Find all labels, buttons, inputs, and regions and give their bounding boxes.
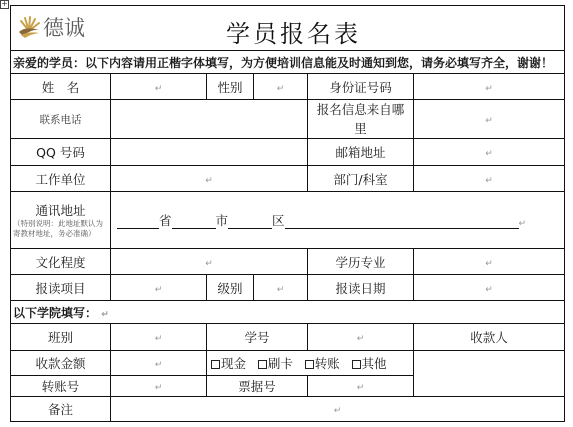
form-header: 德诚 学员报名表 (11, 6, 565, 51)
checkbox-icon[interactable] (211, 360, 220, 369)
source-label: 报名信息来自哪里 (308, 100, 414, 139)
gender-field[interactable]: ↵ (254, 74, 308, 100)
city-label: 市 (216, 211, 229, 229)
table-move-handle[interactable]: + (0, 0, 9, 9)
id-number-field[interactable]: ↵ (414, 74, 565, 100)
school-section-heading: 以下学院填写： ↵ (11, 301, 565, 324)
gender-label: 性别 (207, 74, 254, 100)
checkbox-icon[interactable] (305, 360, 314, 369)
payment-method-options: 现金 刷卡 转账 其他 (207, 351, 414, 376)
enroll-date-field[interactable]: ↵ (414, 275, 565, 301)
address-label: 通讯地址 (11, 201, 110, 219)
email-label: 邮箱地址 (308, 139, 414, 166)
department-label: 部门/科室 (308, 166, 414, 192)
student-no-field[interactable]: ↵ (308, 324, 414, 351)
province-blank[interactable] (117, 215, 159, 229)
id-number-label: 身份证号码 (308, 74, 414, 100)
address-field[interactable]: 省 市 区 ↵ (111, 192, 565, 249)
amount-field[interactable]: ↵ (111, 351, 207, 376)
qq-field[interactable] (111, 139, 308, 166)
registration-table: 德诚 学员报名表 亲爱的学员：以下内容请用正楷字体填写，为方便培训信息能及时通知… (10, 5, 565, 422)
instructions-notice: 亲爱的学员：以下内容请用正楷字体填写，为方便培训信息能及时通知到您，请务必填写齐… (11, 51, 565, 74)
major-field[interactable]: ↵ (414, 249, 565, 275)
amount-label: 收款金额 (11, 351, 111, 376)
district-label: 区 (272, 211, 285, 229)
level-label: 级别 (207, 275, 254, 301)
department-field[interactable]: ↵ (414, 166, 565, 192)
address-note: （特别说明：此地址默认为寄教材地址，务必准确） (11, 219, 110, 239)
registration-form: 德诚 学员报名表 亲爱的学员：以下内容请用正楷字体填写，为方便培训信息能及时通知… (10, 5, 564, 422)
program-label: 报读项目 (11, 275, 111, 301)
payee-label: 收款人 (414, 324, 565, 351)
transfer-no-field[interactable]: ↵ (111, 376, 207, 397)
street-blank[interactable] (285, 215, 519, 229)
transfer-no-label: 转账号 (11, 376, 111, 397)
checkbox-icon[interactable] (352, 360, 361, 369)
name-field[interactable]: ↵ (111, 74, 207, 100)
payment-other-option[interactable]: 其他 (352, 356, 387, 371)
name-label: 姓 名 (11, 74, 111, 100)
brand-logo: 德诚 (17, 12, 85, 42)
address-label-cell: 通讯地址 （特别说明：此地址默认为寄教材地址，务必准确） (11, 192, 111, 249)
class-label: 班别 (11, 324, 111, 351)
class-field[interactable]: ↵ (111, 324, 207, 351)
receipt-no-field[interactable]: ↵ (308, 376, 414, 397)
employer-label: 工作单位 (11, 166, 111, 192)
student-no-label: 学号 (207, 324, 308, 351)
address-line: 省 市 区 ↵ (111, 211, 564, 229)
enroll-date-label: 报读日期 (308, 275, 414, 301)
phone-label: 联系电话 (11, 100, 111, 139)
checkbox-icon[interactable] (258, 360, 267, 369)
payee-field[interactable] (414, 351, 565, 397)
program-field[interactable]: ↵ (111, 275, 207, 301)
email-field[interactable]: ↵ (414, 139, 565, 166)
remarks-label: 备注 (11, 397, 111, 422)
level-field[interactable]: ↵ (254, 275, 308, 301)
payment-cash-option[interactable]: 现金 (211, 356, 246, 371)
major-label: 学历专业 (308, 249, 414, 275)
district-blank[interactable] (228, 215, 272, 229)
education-label: 文化程度 (11, 249, 111, 275)
province-label: 省 (159, 211, 172, 229)
payment-card-option[interactable]: 刷卡 (258, 356, 293, 371)
brand-name: 德诚 (43, 12, 85, 42)
phone-field[interactable] (111, 100, 308, 139)
employer-field[interactable]: ↵ (111, 166, 308, 192)
page-title: 学员报名表 (226, 14, 361, 49)
sunburst-logo-icon (17, 15, 41, 39)
payment-transfer-option[interactable]: 转账 (305, 356, 340, 371)
qq-label: QQ 号码 (11, 139, 111, 166)
city-blank[interactable] (172, 215, 216, 229)
receipt-no-label: 票据号 (207, 376, 308, 397)
remarks-field[interactable]: ↵ (111, 397, 565, 422)
education-field[interactable]: ↵ (111, 249, 308, 275)
source-field[interactable]: ↵ (414, 100, 565, 139)
